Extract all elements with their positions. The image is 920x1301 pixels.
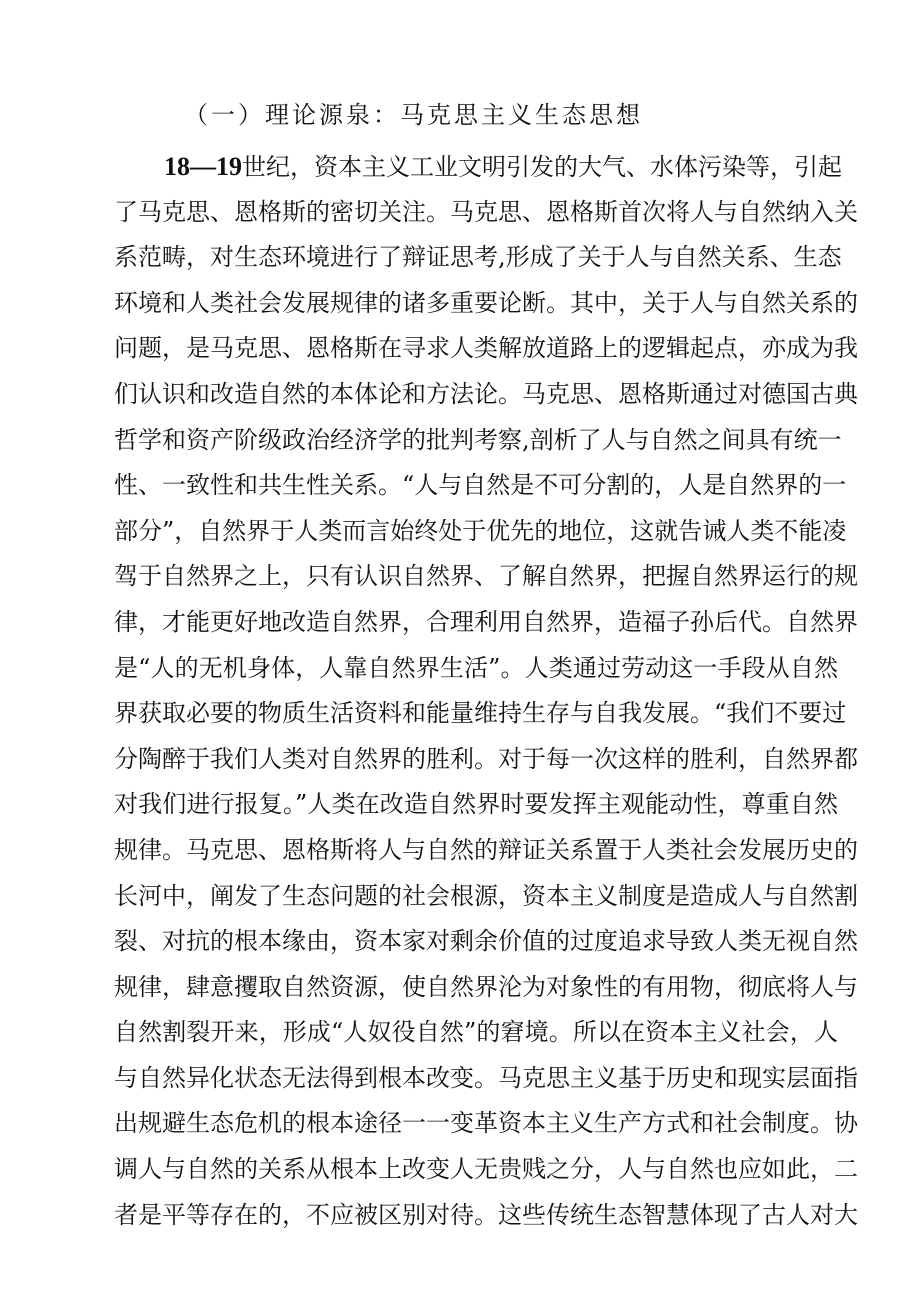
line-text: 世纪，资本主义工业文明引发的大气、水体污染等，引起 (242, 153, 842, 181)
paragraph-line: 部分”，自然界于人类而言始终处于优先的地位，这就告诫人类不能凌 (114, 509, 838, 555)
section-heading: （一）理论源泉：马克思主义生态思想 (184, 98, 643, 132)
century-number: 18—19 (164, 152, 242, 181)
paragraph-line: 环境和人类社会发展规律的诸多重要论断。其中，关于人与自然关系的 (114, 281, 838, 327)
paragraph-line: 问题，是马克思、恩格斯在寻求人类解放道路上的逻辑起点，亦成为我 (114, 326, 838, 372)
paragraph-line: 是“人的无机身体，人靠自然界生活”。人类通过劳动这一手段从自然 (114, 646, 838, 692)
paragraph-line: 调人与自然的关系从根本上改变人无贵贱之分，人与自然也应如此，二 (114, 1147, 838, 1193)
paragraph-line: 18—19世纪，资本主义工业文明引发的大气、水体污染等，引起 (114, 144, 838, 190)
paragraph-line: 们认识和改造自然的本体论和方法论。马克思、恩格斯通过对德国古典 (114, 372, 838, 418)
paragraph-line: 裂、对抗的根本缘由，资本家对剩余价值的过度追求导致人类无视自然 (114, 919, 838, 965)
paragraph-line: 界获取必要的物质生活资料和能量维持生存与自我发展。“我们不要过 (114, 691, 838, 737)
paragraph-line: 自然割裂开来，形成“人奴役自然”的窘境。所以在资本主义社会，人 (114, 1010, 838, 1056)
paragraph-line: 性、一致性和共生性关系。“人与自然是不可分割的，人是自然界的一 (114, 463, 838, 509)
paragraph-line: 规律，肆意攫取自然资源，使自然界沦为对象性的有用物，彻底将人与 (114, 965, 838, 1011)
paragraph-line: 律，才能更好地改造自然界，合理利用自然界，造福子孙后代。自然界 (114, 600, 838, 646)
paragraph-line: 哲学和资产阶级政治经济学的批判考察,剖析了人与自然之间具有统一 (114, 418, 838, 464)
paragraph: 18—19世纪，资本主义工业文明引发的大气、水体污染等，引起 了马克思、恩格斯的… (114, 144, 838, 1238)
paragraph-line: 分陶醉于我们人类对自然界的胜利。对于每一次这样的胜利，自然界都 (114, 737, 838, 783)
paragraph-line: 者是平等存在的，不应被区别对待。这些传统生态智慧体现了古人对大 (114, 1193, 838, 1239)
paragraph-line: 对我们进行报复。”人类在改造自然界时要发挥主观能动性，尊重自然 (114, 782, 838, 828)
document-page: （一）理论源泉：马克思主义生态思想 18—19世纪，资本主义工业文明引发的大气、… (0, 0, 920, 1301)
paragraph-line: 了马克思、恩格斯的密切关注。马克思、恩格斯首次将人与自然纳入关 (114, 190, 838, 236)
paragraph-line: 与自然异化状态无法得到根本改变。马克思主义基于历史和现实层面指 (114, 1056, 838, 1102)
paragraph-line: 长河中，阐发了生态问题的社会根源，资本主义制度是造成人与自然割 (114, 874, 838, 920)
paragraph-line: 驾于自然界之上，只有认识自然界、了解自然界，把握自然界运行的规 (114, 554, 838, 600)
paragraph-line: 规律。马克思、恩格斯将人与自然的辩证关系置于人类社会发展历史的 (114, 828, 838, 874)
paragraph-line: 出规避生态危机的根本途径一一变革资本主义生产方式和社会制度。协 (114, 1101, 838, 1147)
paragraph-line: 系范畴，对生态环境进行了辩证思考,形成了关于人与自然关系、生态 (114, 235, 838, 281)
